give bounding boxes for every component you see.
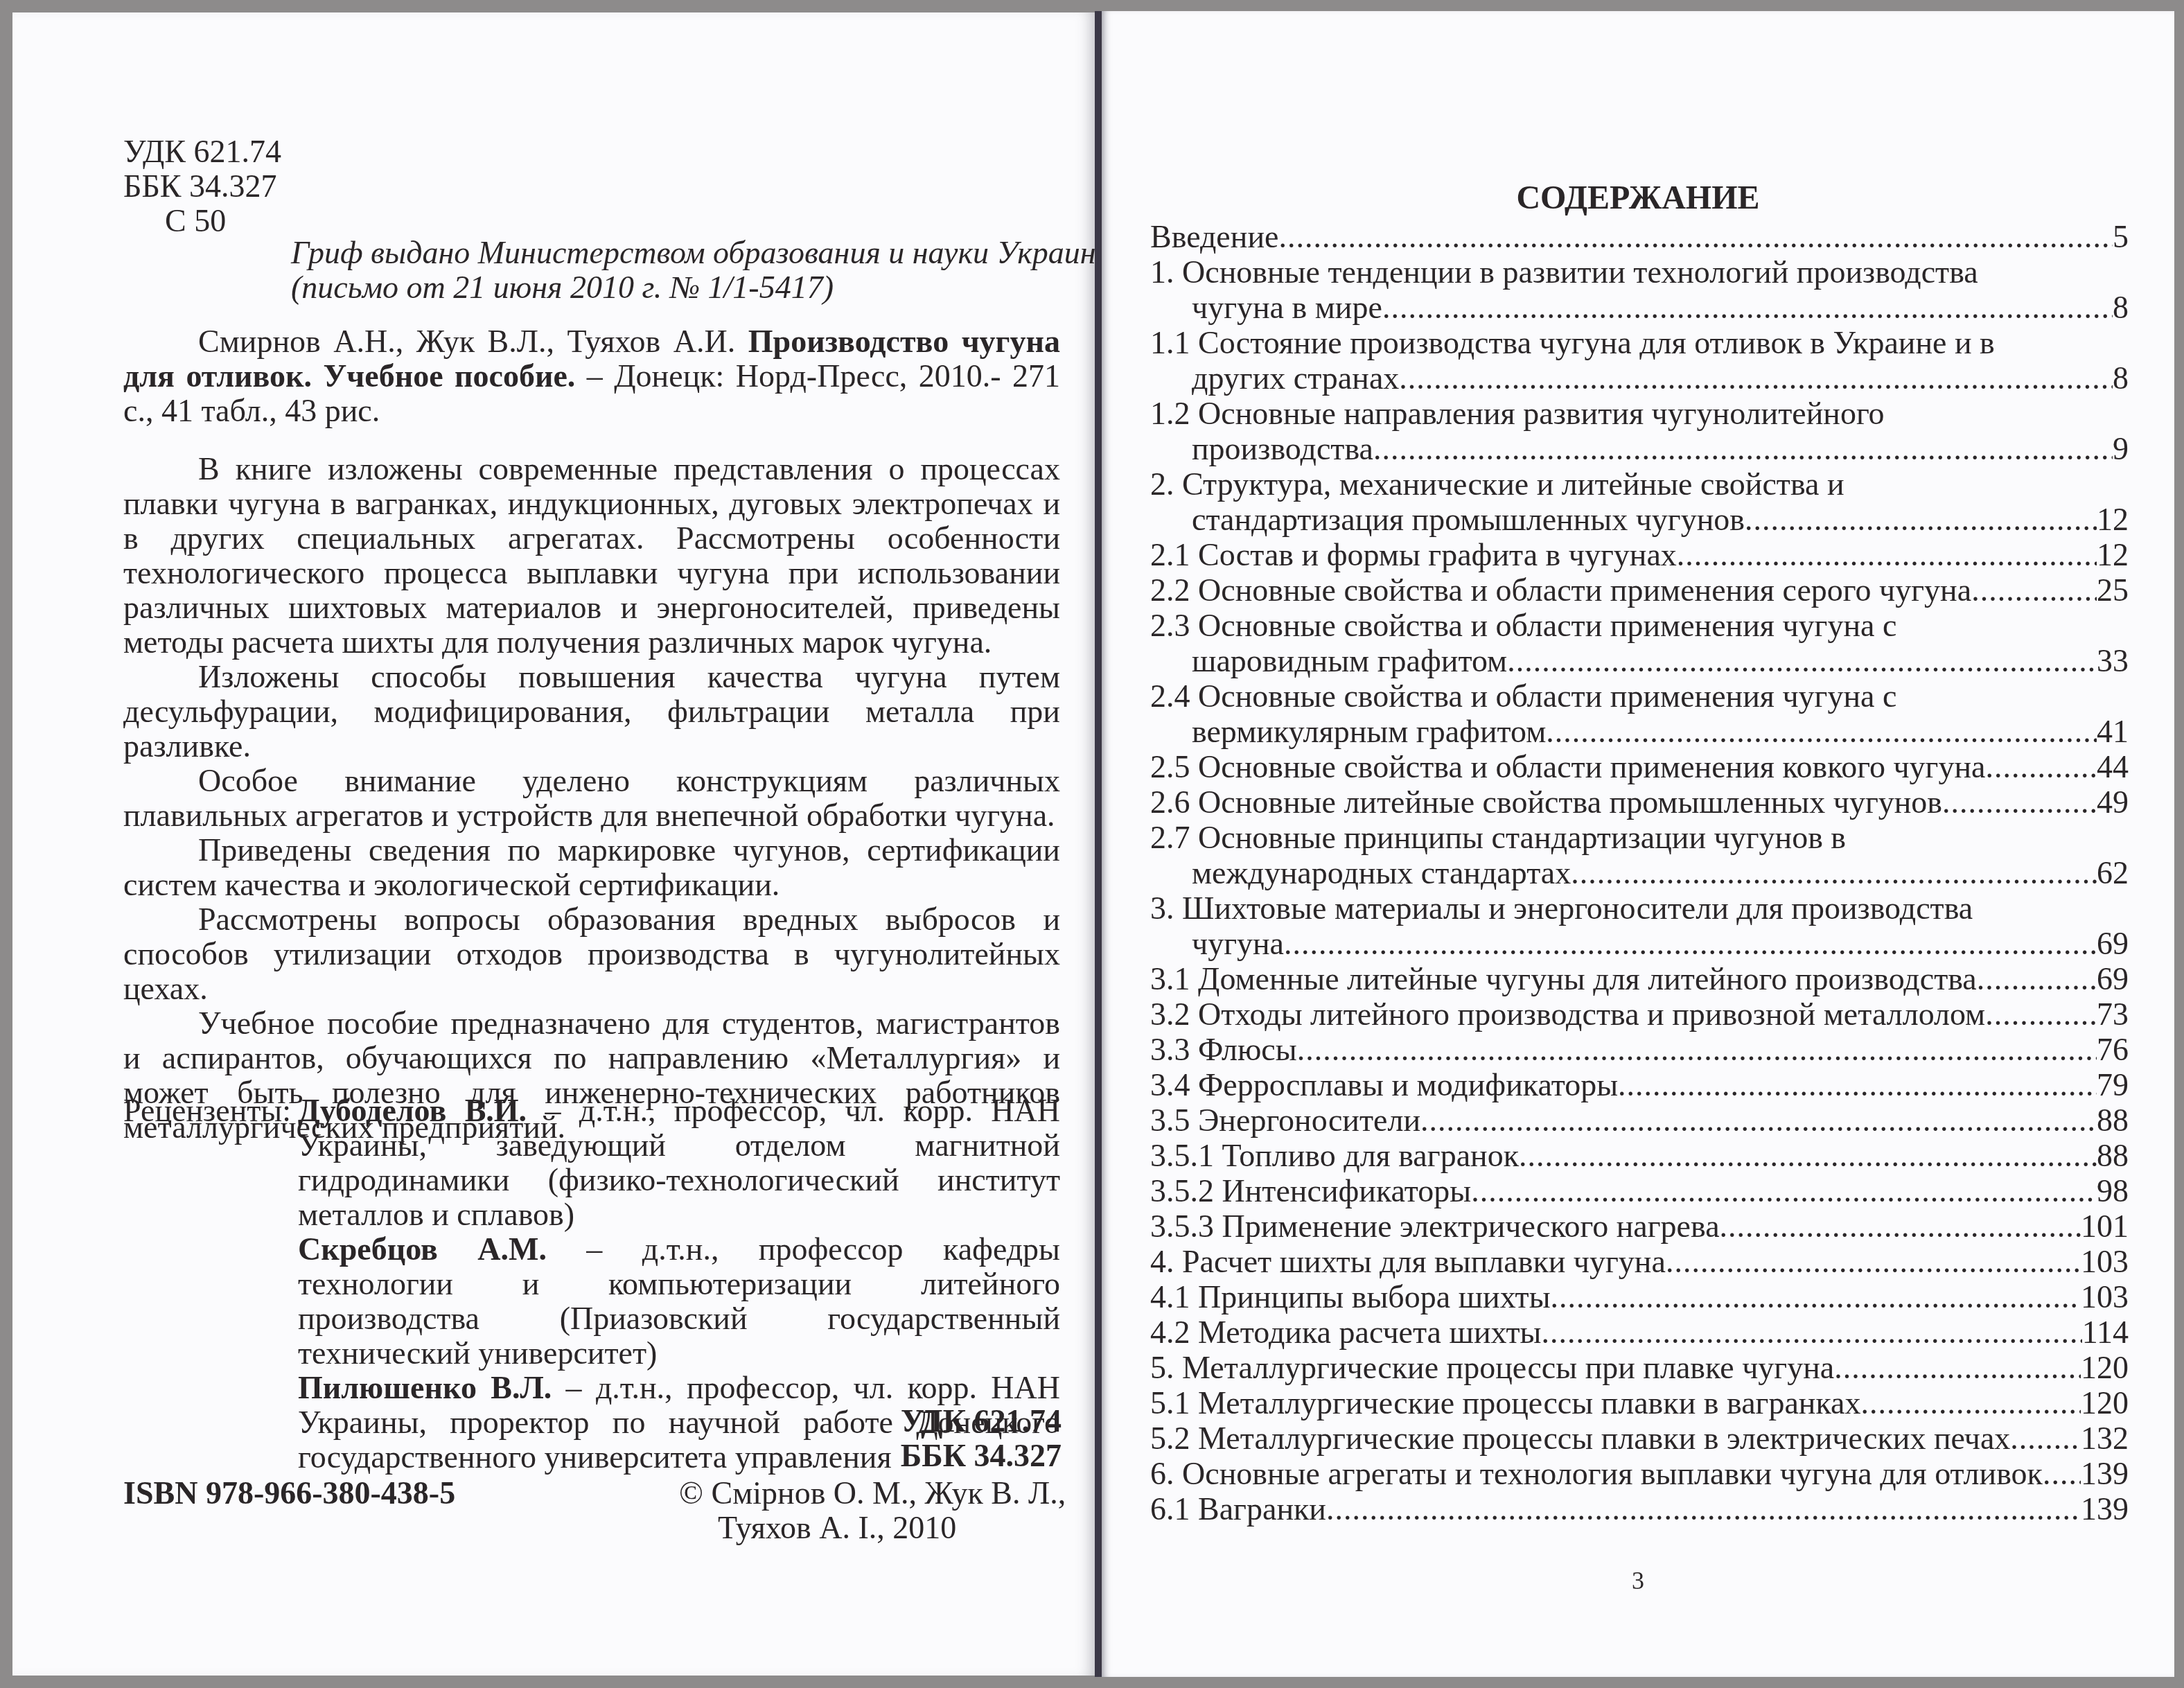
- toc-entry[interactable]: 5. Металлургические процессы при плавке …: [1150, 1350, 2129, 1385]
- toc-entry-page: 101: [2081, 1208, 2129, 1244]
- toc-line: стандартизация промышленных чугунов12: [1150, 502, 2129, 537]
- book-gutter: [1095, 11, 1102, 1677]
- bibliographic-description: Смирнов А.Н., Жук В.Л., Туяхов А.И. Прои…: [123, 324, 1060, 428]
- toc-line: 5.1 Металлургические процессы плавки в в…: [1150, 1385, 2129, 1421]
- toc-line: 4. Расчет шихты для выплавки чугуна103: [1150, 1244, 2129, 1279]
- toc-entry[interactable]: 2.4 Основные свойства и области применен…: [1150, 678, 2129, 749]
- toc-entry-title: 3.5 Энергоносители: [1150, 1102, 1420, 1138]
- toc-entry-page: 139: [2081, 1491, 2129, 1527]
- toc-entry[interactable]: 5.1 Металлургические процессы плавки в в…: [1150, 1385, 2129, 1421]
- toc-entry-title: 3.5.3 Применение электрического нагрева: [1150, 1208, 1720, 1244]
- toc-line: производства9: [1150, 431, 2129, 466]
- toc-entry-title: чугуна: [1192, 926, 1284, 961]
- toc-entry-page: 5: [2113, 219, 2129, 254]
- toc-entry[interactable]: 4. Расчет шихты для выплавки чугуна103: [1150, 1244, 2129, 1279]
- toc-entry-page: 103: [2081, 1244, 2129, 1279]
- toc-line: чугуна в мире8: [1150, 290, 2129, 325]
- toc-leader-dots: [1326, 1491, 2081, 1527]
- toc-entry[interactable]: Введение5: [1150, 219, 2129, 254]
- toc-entry-title: 5.2 Металлургические процессы плавки в э…: [1150, 1421, 2010, 1456]
- toc-entry-title: 3. Шихтовые материалы и энергоносители д…: [1150, 890, 1973, 926]
- toc-leader-dots: [1471, 1173, 2097, 1208]
- ministry-approval: Гриф выдано Министерством образования и …: [291, 236, 1118, 305]
- toc-entry[interactable]: 3.4 Ферросплавы и модификаторы 79: [1150, 1067, 2129, 1102]
- toc-leader-dots: [1985, 749, 2097, 784]
- toc-line: 2.2 Основные свойства и области применен…: [1150, 572, 2129, 608]
- toc-line: 6. Основные агрегаты и технология выплав…: [1150, 1456, 2129, 1491]
- toc-entry-page: 49: [2097, 784, 2129, 820]
- toc-line: 6.1 Вагранки139: [1150, 1491, 2129, 1527]
- toc-line: 2. Структура, механические и литейные св…: [1150, 466, 2129, 502]
- annotation: В книге изложены современные представлен…: [123, 452, 1060, 1145]
- toc-entry-page: 12: [2097, 537, 2129, 572]
- toc-entry-title: 3.5.1 Топливо для вагранок: [1150, 1138, 1519, 1173]
- toc-leader-dots: [1834, 1350, 2081, 1385]
- toc-entry[interactable]: 3.5.1 Топливо для вагранок 88: [1150, 1138, 2129, 1173]
- toc-entry-page: 139: [2081, 1456, 2129, 1491]
- toc-entry[interactable]: 4.2 Методика расчета шихты 114: [1150, 1315, 2129, 1350]
- annotation-paragraph: Изложены способы повышения качества чугу…: [123, 660, 1060, 764]
- toc-entry-title: 6.1 Вагранки: [1150, 1491, 1326, 1527]
- toc-entry[interactable]: 3. Шихтовые материалы и энергоносители д…: [1150, 890, 2129, 961]
- toc-line: Введение5: [1150, 219, 2129, 254]
- toc-entry-title: 5. Металлургические процессы при плавке …: [1150, 1350, 1834, 1385]
- reviewer-name: Пилюшенко В.Л.: [298, 1370, 552, 1405]
- toc-entry-page: 132: [2081, 1421, 2129, 1456]
- toc-line: вермикулярным графитом41: [1150, 714, 2129, 749]
- reviewer-entry: Дубоделов В.И. – д.т.н., профессор, чл. …: [298, 1093, 1060, 1232]
- toc-entry-title: 3.3 Флюсы: [1150, 1032, 1297, 1067]
- toc-entry-page: 98: [2097, 1173, 2129, 1208]
- copyright-line-2: Туяхов А. І., 2010: [679, 1511, 1066, 1545]
- toc-entry-title: международных стандартах: [1192, 855, 1571, 890]
- toc-entry-title: 3.1 Доменные литейные чугуны для литейно…: [1150, 961, 1977, 996]
- toc-leader-dots: [1971, 572, 2097, 608]
- toc-line: чугуна69: [1150, 926, 2129, 961]
- toc-line: 4.2 Методика расчета шихты 114: [1150, 1315, 2129, 1350]
- toc-leader-dots: [1284, 926, 2097, 961]
- toc-leader-dots: [1571, 855, 2097, 890]
- toc-entry-title: 5.1 Металлургические процессы плавки в в…: [1150, 1385, 1861, 1421]
- toc-entry-title: 1.2 Основные направления развития чугуно…: [1150, 396, 1885, 431]
- reviewer-name: Дубоделов В.И.: [298, 1093, 527, 1128]
- toc-entry-title: 2.2 Основные свойства и области применен…: [1150, 572, 1971, 608]
- toc-entry-title: 4. Расчет шихты для выплавки чугуна: [1150, 1244, 1666, 1279]
- biblio-authors: Смирнов А.Н., Жук В.Л., Туяхов А.И.: [198, 324, 748, 359]
- page-number: 3: [1102, 1566, 2174, 1595]
- toc-entry-title: 2.4 Основные свойства и области применен…: [1150, 678, 1896, 714]
- udk-code-bottom: УДК 621.74: [901, 1404, 1062, 1439]
- toc-line: 3.2 Отходы литейного производства и прив…: [1150, 996, 2129, 1032]
- toc-line: 2.6 Основные литейные свойства промышлен…: [1150, 784, 2129, 820]
- toc-entry-title: 6. Основные агрегаты и технология выплав…: [1150, 1456, 2043, 1491]
- toc-leader-dots: [2010, 1421, 2081, 1456]
- toc-line: 4.1 Принципы выбора шихты 103: [1150, 1279, 2129, 1315]
- toc-leader-dots: [1373, 431, 2113, 466]
- toc-line: 1.1 Состояние производства чугуна для от…: [1150, 325, 2129, 360]
- toc-entry-page: 120: [2081, 1350, 2129, 1385]
- toc-entry[interactable]: 2. Структура, механические и литейные св…: [1150, 466, 2129, 537]
- toc-line: 2.5 Основные свойства и области применен…: [1150, 749, 2129, 784]
- toc-entry-title: 1. Основные тенденции в развитии техноло…: [1150, 254, 1978, 290]
- toc-line: 3. Шихтовые материалы и энергоносители д…: [1150, 890, 2129, 926]
- toc-entry-title: 1.1 Состояние производства чугуна для от…: [1150, 325, 1995, 360]
- toc-entry-page: 62: [2097, 855, 2129, 890]
- toc-entry[interactable]: 3.5.3 Применение электрического нагрева …: [1150, 1208, 2129, 1244]
- toc-entry[interactable]: 6. Основные агрегаты и технология выплав…: [1150, 1456, 2129, 1491]
- toc-line: 2.4 Основные свойства и области применен…: [1150, 678, 2129, 714]
- toc-leader-dots: [1677, 537, 2097, 572]
- toc-title: СОДЕРЖАНИЕ: [1102, 179, 2174, 217]
- toc-entry-title: 3.4 Ферросплавы и модификаторы: [1150, 1067, 1618, 1102]
- reviewers-label: Рецензенты:: [123, 1093, 298, 1475]
- toc-entry-page: 69: [2097, 926, 2129, 961]
- classification-codes: УДК 621.74 ББК 34.327 С 50: [123, 134, 281, 238]
- toc-entry-page: 41: [2097, 714, 2129, 749]
- copyright-line-1: © Смірнов О. М., Жук В. Л.,: [679, 1476, 1066, 1511]
- toc-line: 1. Основные тенденции в развитии техноло…: [1150, 254, 2129, 290]
- toc-entry[interactable]: 2.2 Основные свойства и области применен…: [1150, 572, 2129, 608]
- toc-entry-page: 12: [2097, 502, 2129, 537]
- toc-leader-dots: [1297, 1032, 2097, 1067]
- left-page: УДК 621.74 ББК 34.327 С 50 Гриф выдано М…: [12, 12, 1095, 1676]
- toc-entry-page: 79: [2097, 1067, 2129, 1102]
- toc-leader-dots: [1546, 714, 2097, 749]
- toc-line: 1.2 Основные направления развития чугуно…: [1150, 396, 2129, 431]
- annotation-paragraph: Особое внимание уделено конструкциям раз…: [123, 764, 1060, 833]
- grif-line-2: (письмо от 21 июня 2010 г. № 1/1-5417): [291, 270, 1118, 305]
- bbk-code-bottom: ББК 34.327: [901, 1439, 1062, 1473]
- toc-entry[interactable]: 3.5 Энергоносители 88: [1150, 1102, 2129, 1138]
- toc-entry[interactable]: 2.7 Основные принципы стандартизации чуг…: [1150, 820, 2129, 890]
- toc-entry-title: чугуна в мире: [1192, 290, 1382, 325]
- toc-entry[interactable]: 5.2 Металлургические процессы плавки в э…: [1150, 1421, 2129, 1456]
- toc-entry-page: 69: [2097, 961, 2129, 996]
- toc-entry-title: производства: [1192, 431, 1373, 466]
- toc-entry-page: 120: [2081, 1385, 2129, 1421]
- toc-entry[interactable]: 3.1 Доменные литейные чугуны для литейно…: [1150, 961, 2129, 996]
- toc-entry[interactable]: 2.5 Основные свойства и области применен…: [1150, 749, 2129, 784]
- toc-entry-title: стандартизация промышленных чугунов: [1192, 502, 1745, 537]
- toc-entry-title: 3.5.2 Интенсификаторы: [1150, 1173, 1471, 1208]
- toc-entry[interactable]: 3.3 Флюсы76: [1150, 1032, 2129, 1067]
- toc-entry-page: 44: [2097, 749, 2129, 784]
- toc-line: других странах8: [1150, 360, 2129, 396]
- toc-line: 3.5 Энергоносители 88: [1150, 1102, 2129, 1138]
- toc-leader-dots: [1278, 219, 2113, 254]
- toc-leader-dots: [1541, 1315, 2081, 1350]
- annotation-paragraph: Приведены сведения по маркировке чугунов…: [123, 833, 1060, 902]
- udk-code: УДК 621.74: [123, 134, 281, 169]
- toc-line: 2.1 Состав и формы графита в чугунах 12: [1150, 537, 2129, 572]
- toc-entry-page: 76: [2097, 1032, 2129, 1067]
- toc-entry-title: Введение: [1150, 219, 1278, 254]
- toc-entry[interactable]: 1.2 Основные направления развития чугуно…: [1150, 396, 2129, 466]
- toc-line: 2.3 Основные свойства и области применен…: [1150, 608, 2129, 643]
- reviewer-entry: Скребцов А.М. – д.т.н., профессор кафедр…: [298, 1232, 1060, 1371]
- toc-line: 5.2 Металлургические процессы плавки в э…: [1150, 1421, 2129, 1456]
- toc-line: 3.1 Доменные литейные чугуны для литейно…: [1150, 961, 2129, 996]
- toc-leader-dots: [1977, 961, 2097, 996]
- toc-line: 3.3 Флюсы76: [1150, 1032, 2129, 1067]
- toc-entry-title: вермикулярным графитом: [1192, 714, 1546, 749]
- toc-entry-page: 8: [2113, 360, 2129, 396]
- toc-entry-page: 25: [2097, 572, 2129, 608]
- toc-leader-dots: [1507, 643, 2097, 678]
- toc-leader-dots: [1382, 290, 2113, 325]
- toc-entry-title: 2.6 Основные литейные свойства промышлен…: [1150, 784, 1942, 820]
- toc-line: шаровидным графитом33: [1150, 643, 2129, 678]
- isbn: ISBN 978-966-380-438-5: [123, 1476, 455, 1511]
- toc-line: 5. Металлургические процессы при плавке …: [1150, 1350, 2129, 1385]
- annotation-paragraph: Рассмотрены вопросы образования вредных …: [123, 902, 1060, 1006]
- toc-entry-title: 3.2 Отходы литейного производства и прив…: [1150, 996, 1985, 1032]
- toc-entry-title: 2.5 Основные свойства и области применен…: [1150, 749, 1985, 784]
- toc-entry-title: 4.2 Методика расчета шихты: [1150, 1315, 1541, 1350]
- bbk-code: ББК 34.327: [123, 169, 281, 204]
- toc-leader-dots: [1745, 502, 2097, 537]
- toc-entry-page: 9: [2113, 431, 2129, 466]
- toc-line: 3.4 Ферросплавы и модификаторы 79: [1150, 1067, 2129, 1102]
- toc-entry[interactable]: 4.1 Принципы выбора шихты 103: [1150, 1279, 2129, 1315]
- toc-leader-dots: [1551, 1279, 2081, 1315]
- toc-entry-page: 33: [2097, 643, 2129, 678]
- toc-entry-page: 88: [2097, 1102, 2129, 1138]
- toc-leader-dots: [1399, 360, 2113, 396]
- toc-entry-page: 103: [2081, 1279, 2129, 1315]
- toc-line: 3.5.2 Интенсификаторы 98: [1150, 1173, 2129, 1208]
- toc-line: международных стандартах62: [1150, 855, 2129, 890]
- toc-entry[interactable]: 2.1 Состав и формы графита в чугунах 12: [1150, 537, 2129, 572]
- toc-entry-title: 2.3 Основные свойства и области применен…: [1150, 608, 1896, 643]
- annotation-paragraph: В книге изложены современные представлен…: [123, 452, 1060, 660]
- author-sign-code: С 50: [123, 204, 281, 238]
- toc-entry[interactable]: 3.2 Отходы литейного производства и прив…: [1150, 996, 2129, 1032]
- reviewer-name: Скребцов А.М.: [298, 1231, 547, 1267]
- toc-leader-dots: [1985, 996, 2097, 1032]
- toc-leader-dots: [1519, 1138, 2097, 1173]
- copyright: © Смірнов О. М., Жук В. Л., Туяхов А. І.…: [679, 1476, 1066, 1545]
- toc-entry-page: 88: [2097, 1138, 2129, 1173]
- toc-entry[interactable]: 2.6 Основные литейные свойства промышлен…: [1150, 784, 2129, 820]
- toc-line: 3.5.3 Применение электрического нагрева …: [1150, 1208, 2129, 1244]
- toc-leader-dots: [1861, 1385, 2081, 1421]
- toc-leader-dots: [1618, 1067, 2097, 1102]
- toc-entry[interactable]: 2.3 Основные свойства и области применен…: [1150, 608, 2129, 678]
- toc-entry[interactable]: 3.5.2 Интенсификаторы 98: [1150, 1173, 2129, 1208]
- right-page: СОДЕРЖАНИЕ Введение51. Основные тенденци…: [1102, 11, 2174, 1677]
- toc-leader-dots: [1720, 1208, 2081, 1244]
- toc-entry-page: 114: [2082, 1315, 2129, 1350]
- toc-leader-dots: [1420, 1102, 2097, 1138]
- toc-entry[interactable]: 1.1 Состояние производства чугуна для от…: [1150, 325, 2129, 396]
- toc-line: 2.7 Основные принципы стандартизации чуг…: [1150, 820, 2129, 855]
- toc-entry-title: 2.1 Состав и формы графита в чугунах: [1150, 537, 1677, 572]
- toc-leader-dots: [2043, 1456, 2081, 1491]
- toc-leader-dots: [1942, 784, 2097, 820]
- toc-entry-title: 4.1 Принципы выбора шихты: [1150, 1279, 1551, 1315]
- toc-entry-title: 2.7 Основные принципы стандартизации чуг…: [1150, 820, 1846, 855]
- toc-entry-page: 8: [2113, 290, 2129, 325]
- toc-entry-title: 2. Структура, механические и литейные св…: [1150, 466, 1844, 502]
- toc-entry-title: других странах: [1192, 360, 1399, 396]
- toc-entry-page: 73: [2097, 996, 2129, 1032]
- toc-entry-title: шаровидным графитом: [1192, 643, 1507, 678]
- toc-line: 3.5.1 Топливо для вагранок 88: [1150, 1138, 2129, 1173]
- toc-entry[interactable]: 1. Основные тенденции в развитии техноло…: [1150, 254, 2129, 325]
- toc-entry[interactable]: 6.1 Вагранки139: [1150, 1491, 2129, 1527]
- toc-leader-dots: [1666, 1244, 2081, 1279]
- classification-codes-bottom: УДК 621.74 ББК 34.327: [901, 1404, 1062, 1473]
- grif-line-1: Гриф выдано Министерством образования и …: [291, 236, 1118, 270]
- table-of-contents: Введение51. Основные тенденции в развити…: [1150, 219, 2129, 1527]
